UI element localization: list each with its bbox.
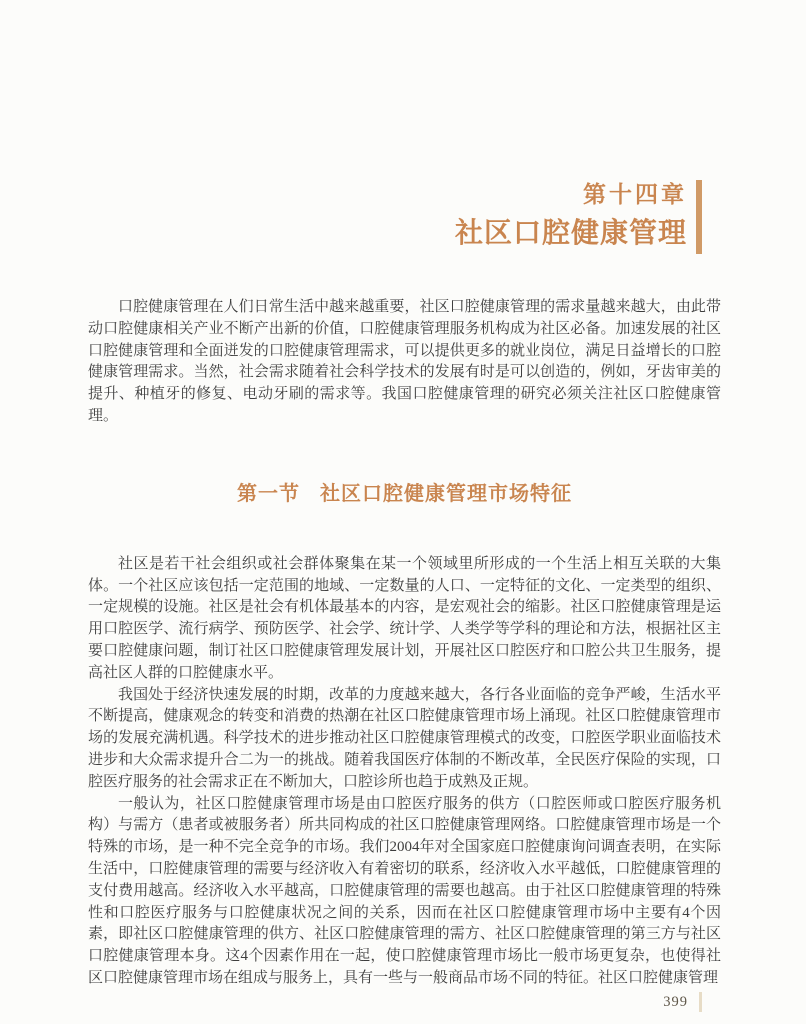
section-number: 第一节 — [237, 483, 300, 505]
book-page: 第十四章 社区口腔健康管理 口腔健康管理在人们日常生活中越来越重要，社区口腔健康… — [0, 0, 806, 1024]
body-text-column: 口腔健康管理在人们日常生活中越来越重要，社区口腔健康管理的需求量越来越大，由此带… — [88, 297, 721, 990]
chapter-title: 社区口腔健康管理 — [455, 219, 687, 250]
page-number: 399 — [663, 994, 688, 1011]
paragraph-intro: 口腔健康管理在人们日常生活中越来越重要，社区口腔健康管理的需求量越来越大，由此带… — [88, 297, 721, 428]
paragraph-community-definition: 社区是若干社会组织或社会群体聚集在某一个领域里所形成的一个生活上相互关联的大集体… — [88, 554, 721, 685]
page-footer: 399 — [663, 992, 702, 1012]
section-title: 社区口腔健康管理市场特征 — [320, 483, 572, 505]
folio-bar — [699, 992, 702, 1012]
paragraph-market-factors: 一般认为，社区口腔健康管理市场是由口腔医疗服务的供方（口腔医师或口腔医疗服务机构… — [88, 794, 721, 990]
section-heading: 第一节社区口腔健康管理市场特征 — [88, 481, 721, 507]
chapter-number: 第十四章 — [455, 182, 687, 207]
paragraph-economic-development: 我国处于经济快速发展的时期，改革的力度越来越大，各行各业面临的竞争严峻，生活水平… — [88, 685, 721, 794]
chapter-heading: 第十四章 社区口腔健康管理 — [455, 180, 702, 254]
